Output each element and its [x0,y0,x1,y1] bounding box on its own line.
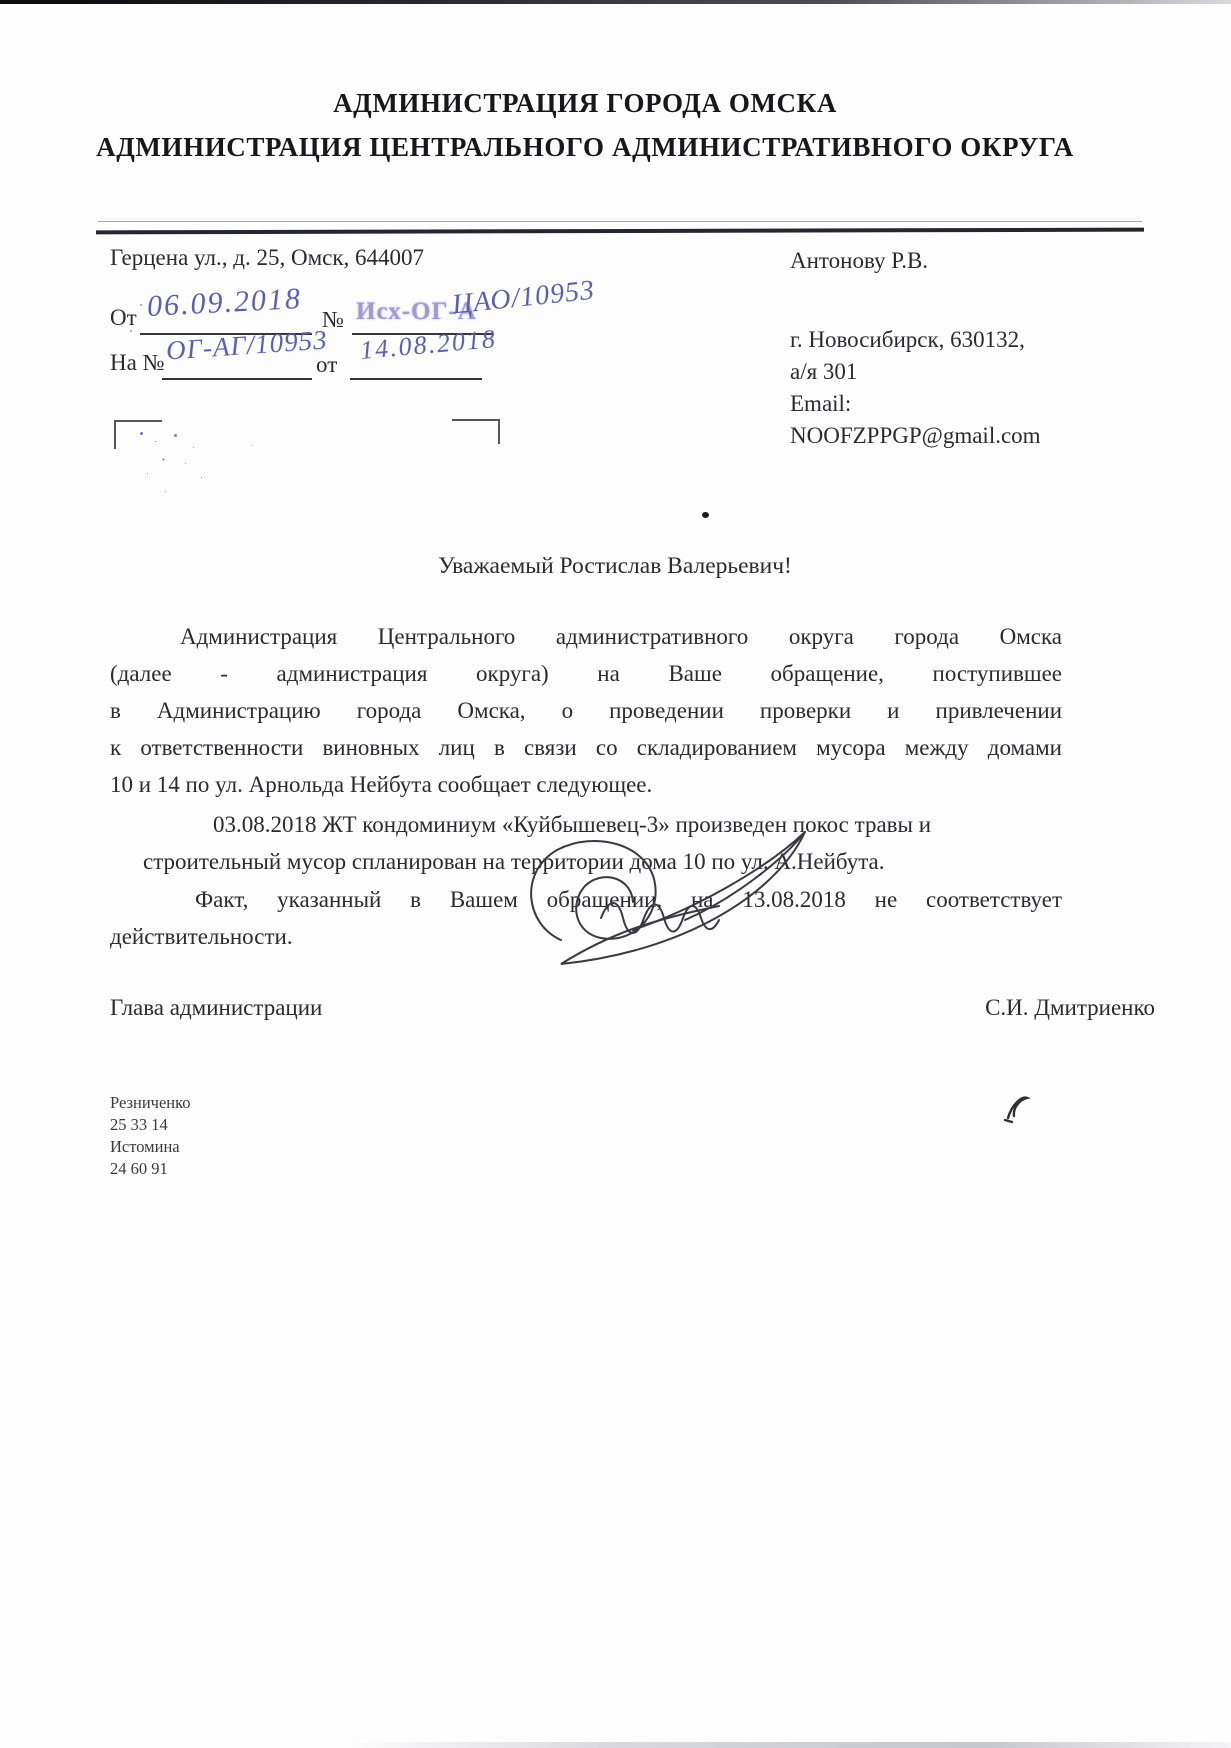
ink-speckles [130,330,132,332]
recipient-email-address: NOOFZPPGP@gmail.com [790,420,1041,452]
body-line: к ответственности виновных лиц в связи с… [110,729,1062,766]
salutation: Уважаемый Ростислав Валерьевич! [110,553,1120,580]
corner-bracket-left [114,420,162,449]
executor-name-2: Истомина [110,1136,191,1158]
scan-edge-top [0,0,1231,4]
reply-number-underline [162,378,312,380]
body-line: (далее - администрация округа) на Ваше о… [110,655,1062,692]
handwritten-signature [483,812,828,977]
scan-edge-bottom [345,1742,1231,1748]
stray-ink-dot [702,512,709,518]
recipient-city: г. Новосибирск, 630132, [790,324,1041,356]
org-name-line2: АДМИНИСТРАЦИЯ ЦЕНТРАЛЬНОГО АДМИНИСТРАТИВ… [0,132,1170,163]
sender-address: Герцена ул., д. 25, Омск, 644007 [110,243,424,273]
outgoing-number-handwritten: ЦАО/10953 [451,275,597,322]
scanned-letter-page: АДМИНИСТРАЦИЯ ГОРОДА ОМСКА АДМИНИСТРАЦИЯ… [0,0,1231,1748]
pen-mark [992,1088,1036,1132]
reply-date-handwritten: 14.08.2018 [359,324,498,366]
executor-contacts: Резниченко 25 33 14 Истомина 24 60 91 [110,1092,191,1180]
reply-number-handwritten: ОГ-АГ/10953 [165,324,328,366]
letterhead-rule-dark [96,228,1144,235]
org-name-line1: АДМИНИСТРАЦИЯ ГОРОДА ОМСКА [0,88,1170,119]
body-line: в Администрацию города Омска, о проведен… [110,692,1062,729]
body-line: 10 и 14 по ул. Арнольда Нейбута сообщает… [110,766,1062,803]
recipient-po-box: а/я 301 [790,356,1041,388]
recipient-email-label: Email: [790,388,1041,420]
executor-phone-1: 25 33 14 [110,1114,191,1136]
recipient-name: Антонову Р.В. [790,246,928,276]
signer-name: С.И. Дмитриенко [955,993,1155,1023]
recipient-address-block: г. Новосибирск, 630132, а/я 301 Email: N… [790,324,1041,452]
reply-date-underline [350,378,482,380]
body-paragraph-1: Администрация Центрального административ… [110,618,1062,803]
signer-title: Глава администрации [110,993,322,1023]
ref-reply-label: На № [110,348,165,378]
corner-bracket-right [452,419,500,444]
executor-phone-2: 24 60 91 [110,1158,191,1180]
ink-blot [140,432,143,435]
body-line: Администрация Центрального административ… [110,618,1062,655]
letterhead-rule-light [98,221,1142,222]
ref-from-date-handwritten: 06.09.2018 [146,282,303,324]
executor-name-1: Резниченко [110,1092,191,1114]
ref-from-label: От [110,303,137,333]
reply-date-label: от [316,350,337,380]
